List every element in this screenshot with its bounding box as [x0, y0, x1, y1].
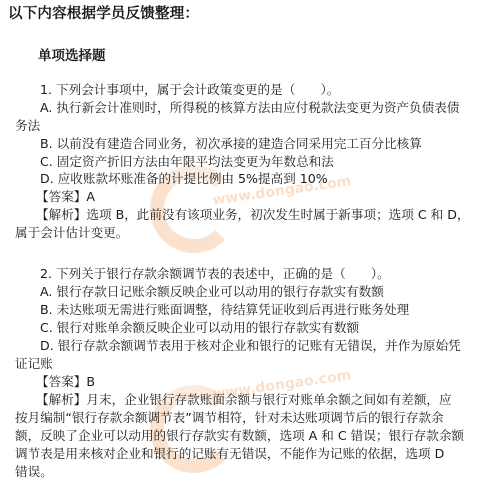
q2-stem: 2. 下列关于银行存款余额调节表的表述中，正确的是（ ）。: [40, 265, 390, 282]
q1-answer: 【答案】A: [36, 188, 95, 205]
q2-answer: 【答案】B: [36, 373, 95, 390]
q2-analysis-cont-4: 错误。: [15, 463, 53, 480]
q2-option-a: A. 银行存款日记账余额反映企业可以动用的银行存款实有数额: [40, 283, 384, 300]
q1-analysis: 【解析】选项 B，此前没有该项业务，初次发生时属于新事项；选项 C 和 D，: [36, 206, 470, 223]
q1-option-d: D. 应收账款坏账准备的计提比例由 5%提高到 10%: [40, 170, 328, 187]
q2-option-b: B. 未达账项无需进行账面调整，待结算凭证收到后再进行账务处理: [40, 301, 409, 318]
section-title: 单项选择题: [38, 44, 106, 64]
q2-analysis: 【解析】月末，企业银行存款账面余额与银行对账单余额之间如有差额，应: [36, 391, 452, 408]
q2-analysis-cont-1: 按月编制“银行存款余额调节表”调节相符，针对未达账项调节后的银行存款余: [15, 409, 444, 426]
q1-stem: 1. 下列会计事项中，属于会计政策变更的是（ ）。: [40, 81, 339, 98]
q1-option-c: C. 固定资产折旧方法由年限平均法变更为年数总和法: [40, 153, 334, 170]
q1-analysis-cont: 属于会计估计变更。: [15, 224, 128, 241]
q2-option-d: D. 银行存款余额调节表用于核对企业和银行的记账有无错误，并作为原始凭: [40, 337, 461, 354]
q1-option-a-cont: 务法: [15, 117, 40, 134]
q1-option-b: B. 以前没有建造合同业务，初次承接的建造合同采用完工百分比核算: [40, 135, 422, 152]
q2-analysis-cont-2: 额，反映了企业可以动用的银行存款实有数额，选项 A 和 C 错误；银行存款余额: [15, 427, 464, 444]
intro-heading: 以下内容根据学员反馈整理：: [8, 2, 199, 23]
q2-option-c: C. 银行对账单余额反映企业可以动用的银行存款实有数额: [40, 319, 359, 336]
q1-option-a: A. 执行新会计准则时，所得税的核算方法由应付税款法变更为资产负债表债: [40, 99, 459, 116]
q2-option-d-cont: 证记账: [15, 355, 53, 372]
q2-analysis-cont-3: 调节表是用来核对企业和银行的记账有无错误，不能作为记账的依据，选项 D: [15, 445, 444, 462]
